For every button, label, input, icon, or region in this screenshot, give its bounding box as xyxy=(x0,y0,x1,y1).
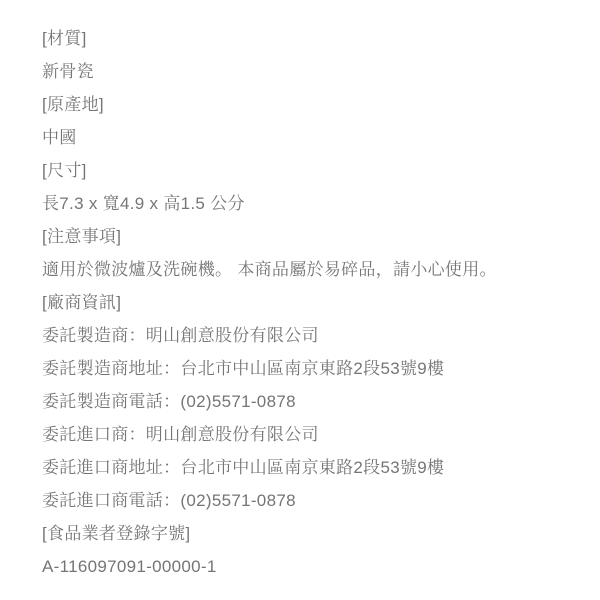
registration-number: A-116097091-00000-1 xyxy=(42,550,580,583)
section-material: [材質] 新骨瓷 xyxy=(42,22,580,88)
registration-label: [食品業者登錄字號] xyxy=(42,517,580,550)
manufacturer-address: 委託製造商地址：台北市中山區南京東路2段53號9樓 xyxy=(42,352,580,385)
vendor-info-label: [廠商資訊] xyxy=(42,286,580,319)
dimensions-label: [尺寸] xyxy=(42,154,580,187)
importer-address: 委託進口商地址：台北市中山區南京東路2段53號9樓 xyxy=(42,451,580,484)
section-dimensions: [尺寸] 長7.3 x 寬4.9 x 高1.5 公分 xyxy=(42,154,580,220)
origin-label: [原產地] xyxy=(42,88,580,121)
section-notes: [注意事項] 適用於微波爐及洗碗機。 本商品屬於易碎品，請小心使用。 xyxy=(42,220,580,286)
notes-value: 適用於微波爐及洗碗機。 本商品屬於易碎品，請小心使用。 xyxy=(42,253,580,286)
dimensions-value: 長7.3 x 寬4.9 x 高1.5 公分 xyxy=(42,187,580,220)
manufacturer-phone: 委託製造商電話：(02)5571-0878 xyxy=(42,385,580,418)
importer-phone: 委託進口商電話：(02)5571-0878 xyxy=(42,484,580,517)
section-origin: [原產地] 中國 xyxy=(42,88,580,154)
notes-label: [注意事項] xyxy=(42,220,580,253)
section-vendor-info: [廠商資訊] 委託製造商：明山創意股份有限公司 委託製造商地址：台北市中山區南京… xyxy=(42,286,580,517)
manufacturer-name: 委託製造商：明山創意股份有限公司 xyxy=(42,319,580,352)
product-detail-page: [材質] 新骨瓷 [原產地] 中國 [尺寸] 長7.3 x 寬4.9 x 高1.… xyxy=(0,0,600,600)
material-value: 新骨瓷 xyxy=(42,55,580,88)
section-registration: [食品業者登錄字號] A-116097091-00000-1 xyxy=(42,517,580,583)
material-label: [材質] xyxy=(42,22,580,55)
origin-value: 中國 xyxy=(42,121,580,154)
importer-name: 委託進口商：明山創意股份有限公司 xyxy=(42,418,580,451)
